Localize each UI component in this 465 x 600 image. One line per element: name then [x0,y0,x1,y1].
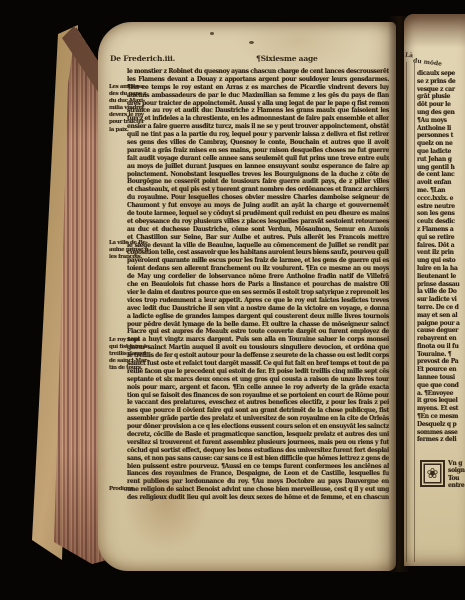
right-running-header-fragment: du mōde [413,57,443,67]
running-header-left: De Frederich.iii. [110,54,175,63]
right-page-sliver: Lā du mōde dicaulx sepese z prins devesq… [404,14,465,566]
right-page-top-edge [404,14,465,48]
page-crease [414,62,415,562]
left-page: De Frederich.iii. ¶Sixiesme aage Les amb… [98,22,396,571]
right-page-initial-text-fragments: Vn gsoignTouentre [448,460,465,490]
ink-speck [249,41,254,44]
right-running-header-fragment: Lā [405,52,414,60]
right-page-text-fragments: dicaulx sepese z prins devesque z cargrā… [417,70,465,444]
body-text-block: le monstier z Robinet du quesnoy ayans c… [127,68,389,502]
page-crease [406,62,407,562]
ink-speck [210,32,214,35]
book-photo: De Frederich.iii. ¶Sixiesme aage Les amb… [0,0,465,600]
ornamental-initial-woodcut: ❀ [420,460,445,487]
running-header-right: ¶Sixiesme aage [256,54,318,63]
